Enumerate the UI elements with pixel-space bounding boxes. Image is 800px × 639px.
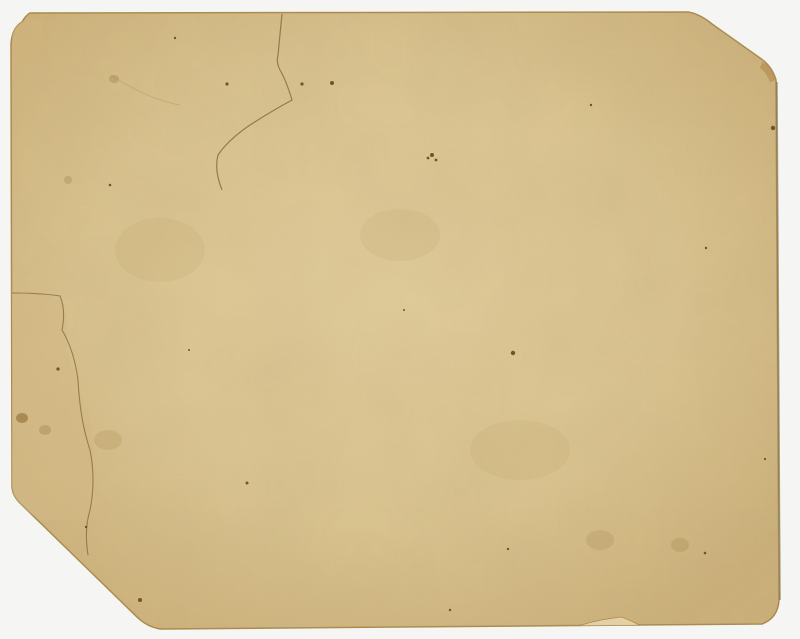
scene <box>0 0 800 639</box>
aged-paper-card <box>0 0 800 639</box>
